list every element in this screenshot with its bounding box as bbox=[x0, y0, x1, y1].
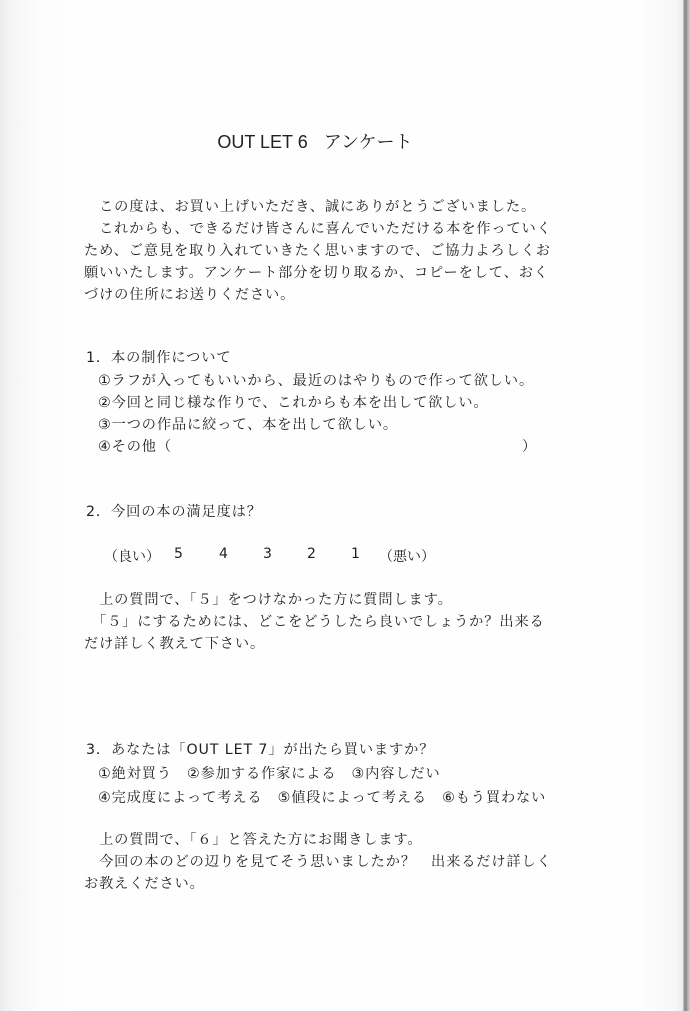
intro-line: この度は、お買い上げいただき、誠にありがとうございました。 bbox=[84, 197, 536, 217]
question-2-followup: 「５」にするためには、どこをどうしたら良いでしょうか？出来る bbox=[84, 612, 545, 632]
question-2-followup: だけ詳しく教えて下さい。 bbox=[84, 634, 265, 654]
question-3-followup: お教えください。 bbox=[84, 874, 205, 894]
page-title: OUT LET 6アンケート bbox=[0, 128, 630, 154]
question-1-option-other: ④その他（ bbox=[98, 437, 172, 457]
intro-line: これからも、できるだけ皆さんに喜んでいただける本を作っていく bbox=[84, 219, 552, 239]
scale-bad-label: （悪い） bbox=[379, 546, 435, 566]
scale-value-4: 4 bbox=[219, 546, 228, 562]
title-sub: アンケート bbox=[324, 132, 413, 152]
question-3-options: ④完成度によって考える ⑤値段によって考える ⑥もう買わない bbox=[98, 788, 546, 808]
scale-value-2: 2 bbox=[307, 546, 316, 562]
scale-value-5: 5 bbox=[174, 546, 183, 562]
question-3-heading: 3．あなたは「OUT LET 7」が出たら買いますか？ bbox=[86, 740, 434, 760]
question-3-options: ①絶対買う ②参加する作家による ③内容しだい bbox=[98, 764, 441, 784]
question-1-option: ②今回と同じ様な作りで、これからも本を出して欲しい。 bbox=[98, 393, 489, 413]
question-2-followup: 上の質問で、「５」をつけなかった方に質問します。 bbox=[84, 590, 453, 610]
question-2-heading: 2．今回の本の満足度は？ bbox=[86, 502, 262, 522]
scale-value-1: 1 bbox=[351, 546, 360, 562]
question-3-followup: 今回の本のどの辺りを見てそう思いましたか？ 出来るだけ詳しく bbox=[84, 852, 552, 872]
question-1-other-close: ） bbox=[522, 437, 537, 457]
scanned-page: OUT LET 6アンケート この度は、お買い上げいただき、誠にありがとうござい… bbox=[0, 0, 690, 1011]
intro-line: 願いいたします。アンケート部分を切り取るか、コピーをして、おく bbox=[84, 263, 549, 283]
question-3-followup: 上の質問で、「６」と答えた方にお聞きします。 bbox=[84, 830, 423, 850]
scale-value-3: 3 bbox=[263, 546, 272, 562]
intro-line: ため、ご意見を取り入れていきたく思いますので、ご協力よろしくお bbox=[84, 241, 551, 261]
question-1-option: ①ラフが入ってもいいから、最近のはやりもので作って欲しい。 bbox=[98, 371, 534, 391]
page-binding-edge bbox=[683, 0, 690, 1011]
question-1-option: ③一つの作品に絞って、本を出して欲しい。 bbox=[98, 415, 398, 435]
intro-line: づけの住所にお送りください。 bbox=[84, 285, 295, 305]
question-1-heading: 1．本の制作について bbox=[86, 348, 231, 368]
scale-good-label: （良い） bbox=[104, 546, 160, 566]
title-main: OUT LET 6 bbox=[217, 132, 307, 152]
